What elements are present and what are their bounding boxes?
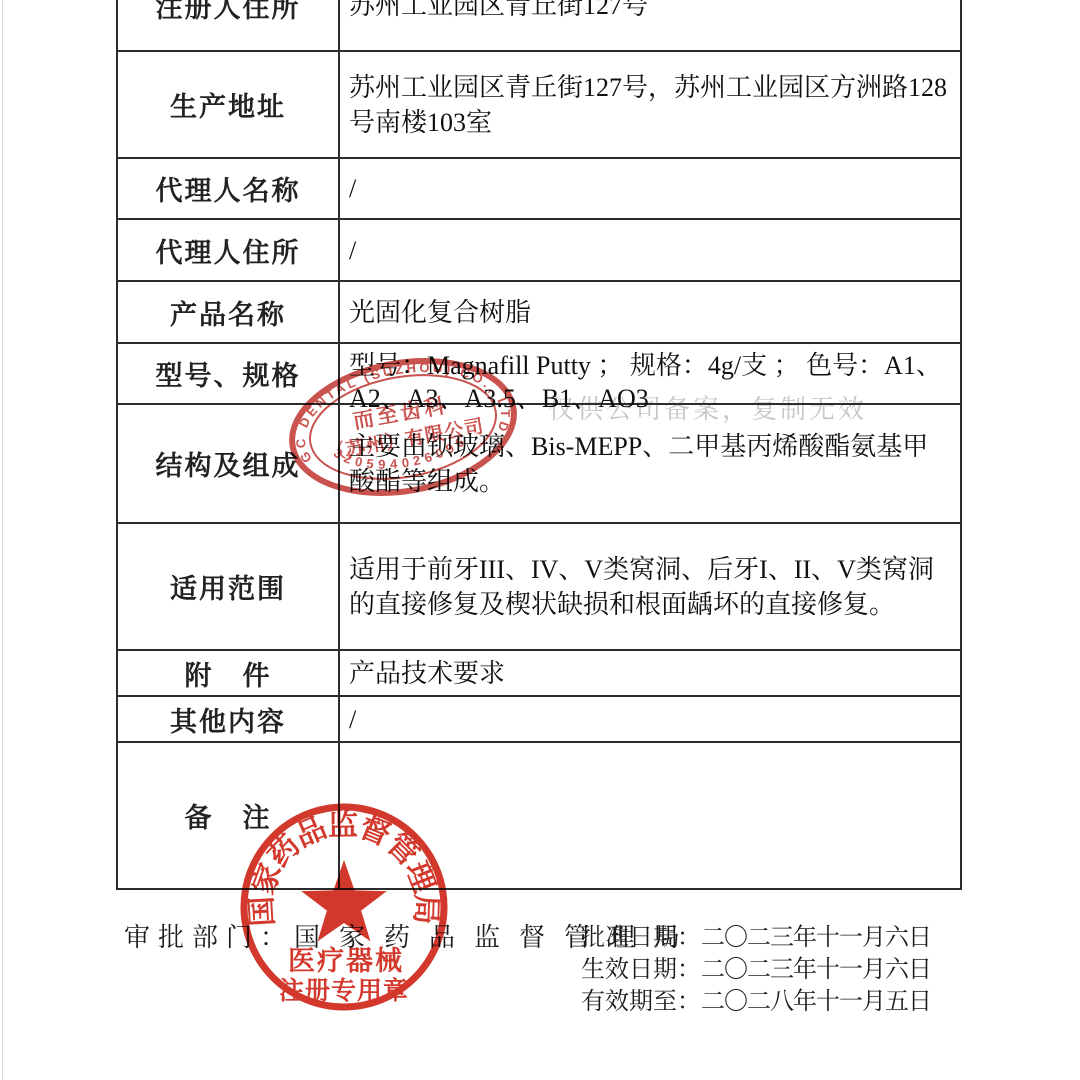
- row-label: 注册人住所: [118, 0, 340, 50]
- table-row: 代理人名称 /: [118, 159, 960, 220]
- table-row: 备 注: [118, 743, 960, 890]
- expiry-date-line: 有效期至： 二〇二八年十一月五日: [581, 982, 931, 1014]
- table-row: 注册人住所 苏州工业园区青丘街127号: [118, 0, 960, 52]
- page-scan-edge: [2, 0, 3, 1080]
- row-label: 生产地址: [118, 52, 340, 157]
- table-row: 型号、规格 型号：Magnafill Putty ； 规格：4g/支 ； 色号：…: [118, 344, 960, 405]
- row-value: [340, 743, 960, 888]
- row-value: 苏州工业园区青丘街127号，苏州工业园区方洲路128号南楼103室: [340, 52, 960, 157]
- authority-seal-type-line2: 注册专用章: [279, 976, 409, 1005]
- row-label: 产品名称: [118, 282, 340, 342]
- row-label: 附 件: [118, 651, 340, 695]
- table-row: 适用范围 适用于前牙III、IV、V类窝洞、后牙I、II、V类窝洞的直接修复及楔…: [118, 524, 960, 651]
- table-row: 结构及组成 主要由钡玻璃、Bis-MEPP、二甲基丙烯酸酯氨基甲酸酯等组成。: [118, 405, 960, 524]
- row-value: 适用于前牙III、IV、V类窝洞、后牙I、II、V类窝洞的直接修复及楔状缺损和根…: [340, 524, 960, 649]
- table-row: 附 件 产品技术要求: [118, 651, 960, 697]
- table-row: 其他内容 /: [118, 697, 960, 743]
- effective-date-label: 生效日期：: [581, 949, 701, 984]
- row-value: /: [340, 159, 960, 218]
- row-value: 主要由钡玻璃、Bis-MEPP、二甲基丙烯酸酯氨基甲酸酯等组成。: [340, 405, 960, 522]
- row-label: 型号、规格: [118, 344, 340, 403]
- row-value: 苏州工业园区青丘街127号: [340, 0, 960, 50]
- effective-date-value: 二〇二三年十一月六日: [701, 949, 931, 984]
- row-label: 结构及组成: [118, 405, 340, 522]
- expiry-date-label: 有效期至：: [581, 981, 701, 1016]
- approval-date-line: 批准日期： 二〇二三年十一月六日: [581, 918, 931, 950]
- row-label: 代理人住所: [118, 220, 340, 280]
- row-label: 其他内容: [118, 697, 340, 741]
- row-value: 光固化复合树脂: [340, 282, 960, 342]
- row-value: /: [340, 697, 960, 741]
- certificate-table: 注册人住所 苏州工业园区青丘街127号 生产地址 苏州工业园区青丘街127号，苏…: [116, 0, 962, 890]
- dates-block: 批准日期： 二〇二三年十一月六日 生效日期： 二〇二三年十一月六日 有效期至： …: [581, 918, 931, 1014]
- row-label: 备 注: [118, 743, 340, 888]
- approval-date-label: 批准日期：: [581, 917, 701, 952]
- row-label: 适用范围: [118, 524, 340, 649]
- table-row: 代理人住所 /: [118, 220, 960, 282]
- approval-date-value: 二〇二三年十一月六日: [701, 917, 931, 952]
- row-value: 型号：Magnafill Putty ； 规格：4g/支 ； 色号：A1、A2、…: [340, 344, 960, 403]
- table-row: 产品名称 光固化复合树脂: [118, 282, 960, 344]
- expiry-date-value: 二〇二八年十一月五日: [701, 981, 931, 1016]
- approval-department-label: 审批部门：: [124, 922, 294, 952]
- row-value: /: [340, 220, 960, 280]
- table-row: 生产地址 苏州工业园区青丘街127号，苏州工业园区方洲路128号南楼103室: [118, 52, 960, 159]
- row-label: 代理人名称: [118, 159, 340, 218]
- row-value: 产品技术要求: [340, 651, 960, 695]
- effective-date-line: 生效日期： 二〇二三年十一月六日: [581, 950, 931, 982]
